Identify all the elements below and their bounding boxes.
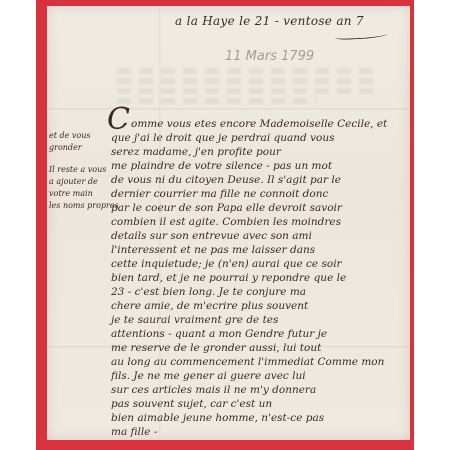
paper-fold-line — [47, 108, 410, 110]
letter-line: sur ces articles mais il ne m'y donnera — [111, 384, 316, 396]
letter-line: me plaindre de votre silence - pas un mo… — [111, 160, 332, 172]
letter-line: details sur son entrevue avec son ami — [111, 230, 312, 242]
letter-line: par le coeur de son Papa elle devroit sa… — [111, 202, 342, 214]
ink-bleed-through — [117, 88, 377, 94]
letter-line: ma fille - — [111, 426, 157, 438]
ink-bleed-through — [117, 68, 377, 74]
letter-line: me reserve de le gronder aussi, lui tout — [111, 342, 321, 354]
letter-paper: a la Haye le 21 - ventose an 7 11 Mars 1… — [47, 6, 410, 440]
letter-dateline: a la Haye le 21 - ventose an 7 — [175, 14, 364, 28]
letter-line: au long au commencement l'immediat Comme… — [111, 356, 384, 368]
letter-line: que j'ai le droit que je perdrai quand v… — [111, 132, 334, 144]
letter-line: l'interessent et ne pas me laisser dans — [111, 244, 315, 256]
letter-line: serez madame, j'en profite pour — [111, 146, 281, 158]
margin-note: les noms propres — [49, 201, 119, 210]
letter-line: attentions - quant a mon Gendre futur je — [111, 328, 327, 340]
letter-line: chere amie, de m'ecrire plus souvent — [111, 300, 308, 312]
ink-bleed-through — [117, 78, 377, 84]
letter-line: je te saurai vraiment gre de tes — [111, 314, 278, 326]
letter-line: combien il est agite. Combien les moindr… — [111, 216, 341, 228]
margin-note: votre main — [49, 189, 93, 198]
letter-line: fils. Je ne me gener ai guere avec lui — [111, 370, 306, 382]
margin-note: a ajouter de — [49, 177, 98, 186]
letter-line: 23 - c'est bien long. Je te conjure ma — [111, 286, 306, 298]
pencil-date-annotation: 11 Mars 1799 — [225, 49, 314, 64]
letter-line: pas souvent sujet, car c'est un — [111, 398, 272, 410]
margin-note: et de vous — [49, 131, 90, 140]
letter-line: bien tard, et je ne pourrai y repondre q… — [111, 272, 346, 284]
letter-line: dernier courrier ma fille ne connoit don… — [111, 188, 328, 200]
letter-line: omme vous etes encore Mademoiselle Cecil… — [131, 118, 387, 130]
dateline-flourish — [335, 32, 387, 41]
letter-line: de vous ni du citoyen Deuse. Il s'agit p… — [111, 174, 341, 186]
ink-bleed-through — [117, 98, 317, 104]
letter-line: bien aimable jeune homme, n'est-ce pas — [111, 412, 324, 424]
letter-line: cette inquietude; je (n'en) aurai que ce… — [111, 258, 342, 270]
margin-note: Il reste a vous — [49, 165, 106, 174]
margin-note: gronder — [49, 143, 82, 152]
